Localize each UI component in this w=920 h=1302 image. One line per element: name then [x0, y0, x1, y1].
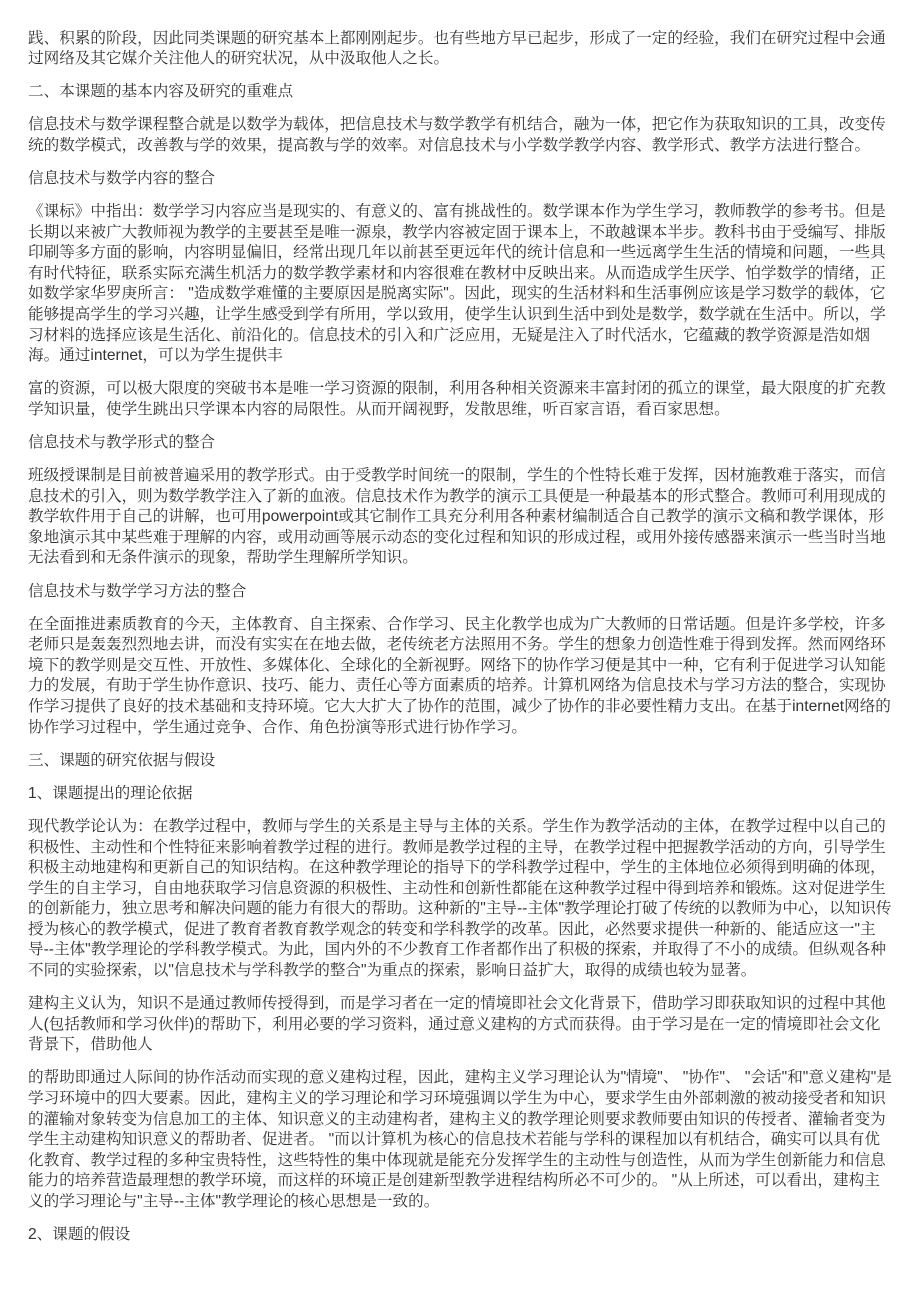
section-heading: 二、本课题的基本内容及研究的重难点 — [28, 82, 892, 103]
paragraph: 富的资源，可以极大限度的突破书本是唯一学习资源的限制，利用各种相关资源来丰富封闭… — [28, 379, 892, 420]
section-heading: 信息技术与数学内容的整合 — [28, 169, 892, 190]
document-content: 践、积累的阶段，因此同类课题的研究基本上都刚刚起步。也有些地方早已起步，形成了一… — [28, 29, 892, 1246]
paragraph: 的帮助即通过人际间的协作活动而实现的意义建构过程，因此，建构主义学习理论认为"情… — [28, 1068, 892, 1212]
section-heading: 1、课题提出的理论依据 — [28, 784, 892, 805]
section-heading: 信息技术与数学学习方法的整合 — [28, 582, 892, 603]
document-page: www.zixin.com.cn 践、积累的阶段，因此同类课题的研究基本上都刚刚… — [0, 0, 920, 1302]
paragraph: 信息技术与数学课程整合就是以数学为载体，把信息技术与数学教学有机结合，融为一体，… — [28, 115, 892, 156]
paragraph: 建构主义认为，知识不是通过教师传授得到，而是学习者在一定的情境即社会文化背景下，… — [28, 994, 892, 1056]
paragraph: 班级授课制是目前被普遍采用的教学形式。由于受教学时间统一的限制，学生的个性特长难… — [28, 466, 892, 569]
section-heading: 三、课题的研究依据与假设 — [28, 751, 892, 772]
paragraph: 现代教学论认为：在教学过程中，教师与学生的关系是主导与主体的关系。学生作为教学活… — [28, 817, 892, 982]
paragraph: 践、积累的阶段，因此同类课题的研究基本上都刚刚起步。也有些地方早已起步，形成了一… — [28, 29, 892, 70]
section-heading: 信息技术与教学形式的整合 — [28, 433, 892, 454]
paragraph: 在全面推进素质教育的今天，主体教育、自主探索、合作学习、民主化教学也成为广大教师… — [28, 615, 892, 739]
paragraph: 《课标》中指出：数学学习内容应当是现实的、有意义的、富有挑战性的。数学课本作为学… — [28, 202, 892, 367]
section-heading: 2、课题的假设 — [28, 1225, 892, 1246]
